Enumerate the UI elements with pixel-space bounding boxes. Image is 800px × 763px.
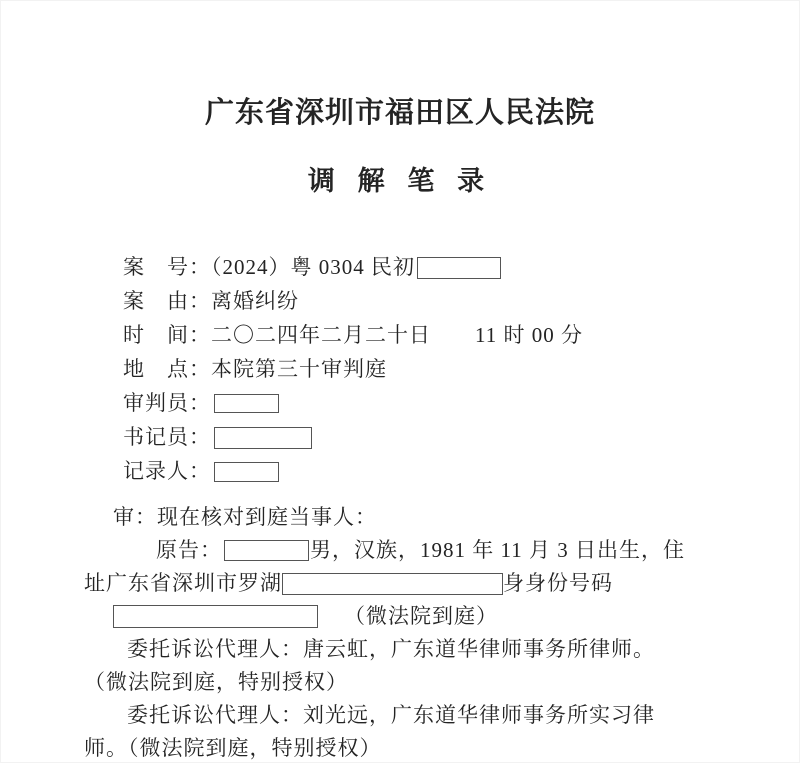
agent2-line1: 委托诉讼代理人：刘光远，广东道华律师事务所实习律	[84, 699, 744, 732]
redaction-box-id-number	[113, 605, 318, 628]
id-number-line: （微法院到庭）	[84, 600, 744, 633]
recorder-row: 记录人：	[123, 454, 800, 488]
redaction-box-case-number	[417, 257, 501, 279]
case-cause-label: 案 由：	[123, 289, 211, 313]
id-label-text: 身身份号码	[503, 571, 613, 595]
agent2-text: 委托诉讼代理人：刘光远，广东道华律师事务所实习律	[127, 703, 655, 727]
case-info-block: 案 号：（2024）粤 0304 民初 案 由：离婚纠纷 时 间：二〇二四年二月…	[123, 250, 800, 488]
time-row: 时 间：二〇二四年二月二十日 11 时 00 分	[123, 318, 800, 352]
agent2-note: 师。（微法院到庭，特别授权）	[84, 736, 382, 760]
agent1-note: （微法院到庭，特别授权）	[84, 670, 348, 694]
opening-text: 审：现在核对到庭当事人：	[113, 505, 377, 529]
recorder-label: 记录人：	[123, 459, 211, 483]
address-text: 址广东省深圳市罗湖	[84, 571, 282, 595]
case-number-value: （2024）粤 0304 民初	[211, 255, 415, 279]
court-name-title: 广东省深圳市福田区人民法院	[0, 0, 800, 131]
agent1-line2: （微法院到庭，特别授权）	[84, 666, 744, 699]
time-value: 二〇二四年二月二十日 11 时 00 分	[211, 323, 583, 347]
opening-line: 审：现在核对到庭当事人：	[84, 501, 744, 534]
redaction-box-recorder	[214, 462, 279, 482]
redaction-box-plaintiff-name	[224, 540, 309, 561]
transcript-block: 审：现在核对到庭当事人： 原告：男，汉族，1981 年 11 月 3 日出生，住…	[84, 501, 744, 763]
agent2-line2: 师。（微法院到庭，特别授权）	[84, 732, 744, 763]
agent1-line1: 委托诉讼代理人：唐云虹，广东道华律师事务所律师。	[84, 633, 744, 666]
location-label: 地 点：	[123, 357, 211, 381]
judge-label: 审判员：	[123, 391, 211, 415]
time-label: 时 间：	[123, 323, 211, 347]
location-value: 本院第三十审判庭	[211, 357, 387, 381]
case-cause-row: 案 由：离婚纠纷	[123, 284, 800, 318]
plaintiff-line: 原告：男，汉族，1981 年 11 月 3 日出生，住	[84, 534, 744, 567]
mediation-record-document: 广东省深圳市福田区人民法院 调 解 笔 录 案 号：（2024）粤 0304 民…	[0, 0, 800, 763]
case-cause-value: 离婚纠纷	[211, 289, 299, 313]
agent1-text: 委托诉讼代理人：唐云虹，广东道华律师事务所律师。	[127, 637, 655, 661]
judge-row: 审判员：	[123, 386, 800, 420]
redaction-box-judge	[214, 394, 279, 413]
appearance-note: （微法院到庭）	[344, 604, 498, 628]
clerk-label: 书记员：	[123, 425, 211, 449]
case-number-label: 案 号：	[123, 255, 211, 279]
case-number-row: 案 号：（2024）粤 0304 民初	[123, 250, 800, 284]
plaintiff-prefix: 原告：	[156, 538, 222, 562]
document-title: 调 解 笔 录	[0, 159, 800, 198]
plaintiff-details: 男，汉族，1981 年 11 月 3 日出生，住	[310, 538, 685, 562]
redaction-box-clerk	[214, 427, 312, 449]
location-row: 地 点：本院第三十审判庭	[123, 352, 800, 386]
redaction-box-address	[282, 573, 503, 595]
clerk-row: 书记员：	[123, 420, 800, 454]
address-line: 址广东省深圳市罗湖身身份号码	[84, 567, 744, 600]
